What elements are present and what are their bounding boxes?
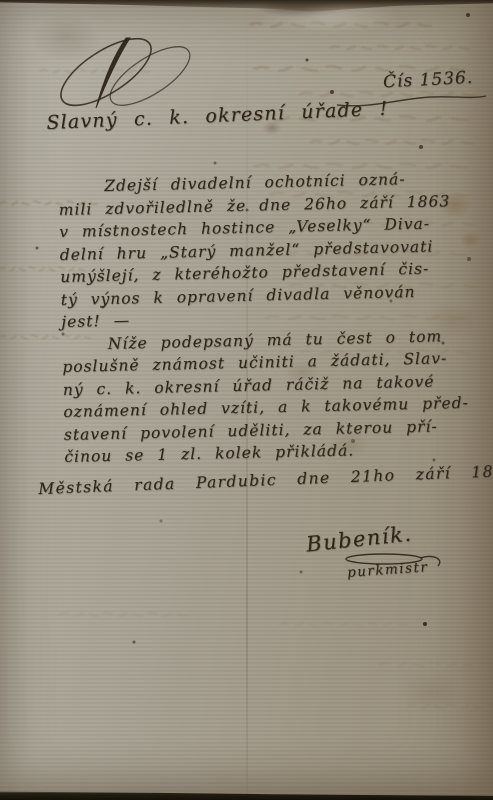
letter-body: Zdejší divadelní ochotníci ozná- mili zd…: [58, 166, 493, 468]
scanned-letter-page: Čís 1536. Slavný c. k. okresní úřade ! Z…: [0, 0, 493, 800]
